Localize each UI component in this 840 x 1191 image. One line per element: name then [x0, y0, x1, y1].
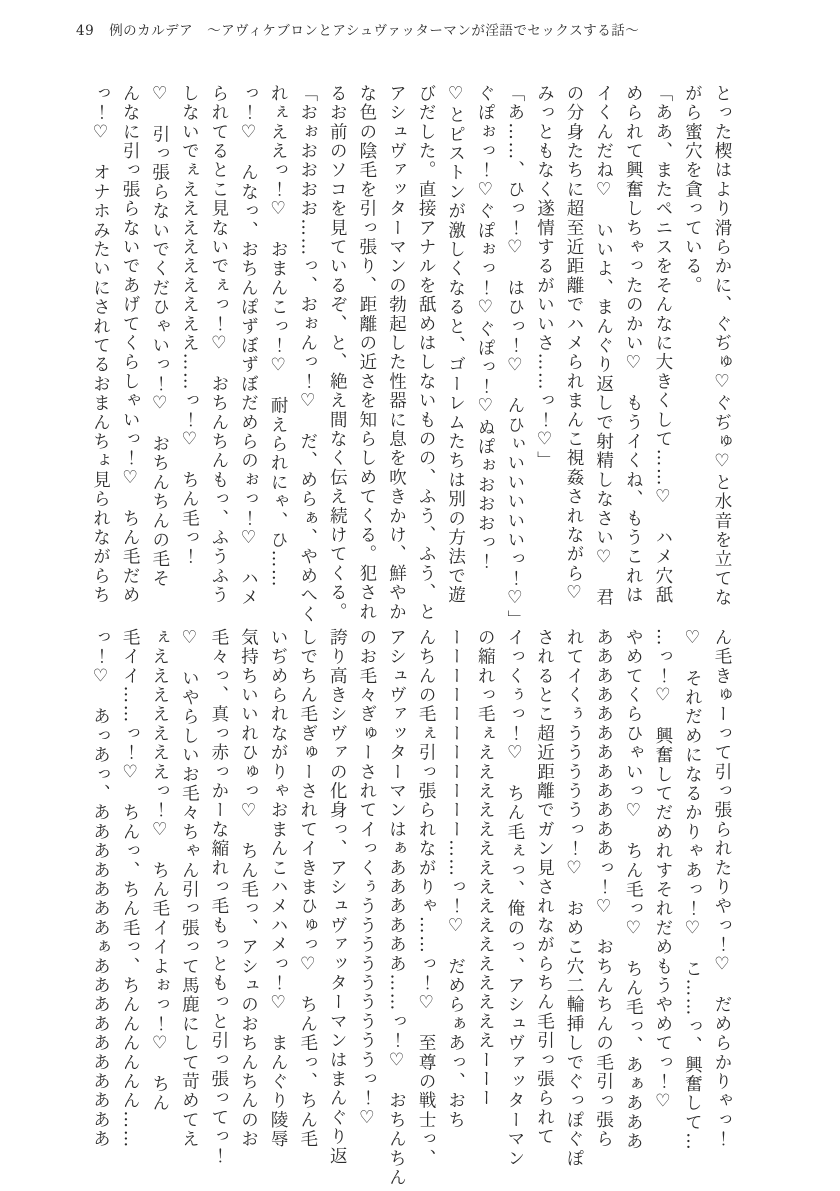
text-column: っ！♡ あっあっ、あああああああぁああああああああああ	[85, 628, 115, 1166]
text-column: の縮れっ毛ぇええええええええええええええええーーー	[470, 628, 500, 1166]
text-column: ♡ それだめになるかりゃあっ！♡ こ……っ、興奮して…	[677, 628, 707, 1166]
text-column: るお前のソコを見ているぞ、と、絶え間なく伝え続けてくる。	[322, 84, 352, 608]
novel-page: 49例のカルデア ～アヴィケブロンとアシュヴァッターマンが淫語でセックスする話～…	[0, 0, 840, 1191]
text-column: れてイくぅうううううっ！♡ おめこ穴二輪挿しでぐっぽぐぽ	[558, 628, 588, 1166]
text-column: っ！♡ んなっ、おちんぽずぼずぼだめらのぉっ！♡ ハメ	[233, 84, 263, 608]
text-column: っ！♡ オナホみたいにされてるおまんちょ見られながらち	[85, 84, 115, 608]
text-column: しでちん毛ぎゅーされてイきまひゅっ♡ ちん毛っ、ちん毛	[292, 628, 322, 1166]
upper-text-block: とった楔はより滑らかに、ぐぢゅ♡ぐぢゅ♡と水音を立てながら蜜穴を貪っている。「あ…	[84, 84, 736, 608]
text-column: されるとこ超近距離でガン見されながらちん毛引っ張られて	[529, 628, 559, 1166]
text-column: 「おぉおおおお……っ、おぉんっ！♡ だ、めらぁ、やめへく	[292, 84, 322, 608]
text-column: ぐぽぉっ！♡ぐぽぉっ！♡ぐぽっ！♡ぬぽぉおおおっ！	[470, 84, 500, 608]
text-column: イっくぅっ！♡ ちん毛ぇっ、俺のっ、アシュヴァッターマン	[499, 628, 529, 1166]
text-column: ーーーーーーーーーーー……っ！♡ だめらぁあっ、おち	[440, 628, 470, 1166]
text-column: いぢめられながりゃおまんこハメハメっ！♡ まんぐり陵辱	[263, 628, 293, 1166]
text-column: められて興奮しちゃったのかい♡ もうイくね、もうこれは	[618, 84, 648, 608]
text-column: 毛々っ、真っ赤っかーな縮れっ毛もっともっと引っ張ってっ！	[203, 628, 233, 1166]
text-column: 気持ちいいれひゅっ♡ ちん毛っ、アシュのおちんちんのお	[233, 628, 263, 1166]
page-title: 例のカルデア ～アヴィケブロンとアシュヴァッターマンが淫語でセックスする話～	[109, 23, 639, 39]
text-column: しないでぇえええええええええ……っ！♡ ちん毛っ！	[174, 84, 204, 608]
text-column: な色の陰毛を引っ張り、距離の近さを知らしめてくる。犯され	[351, 84, 381, 608]
text-column: …っ！♡ 興奮してだめれすそれだめもうやめてっ！♡	[647, 628, 677, 1166]
text-column: やめてくらひゃいっ♡ ちん毛っ♡ ちん毛っ、あぁあああ	[618, 628, 648, 1166]
text-column: 毛イイ……っ！♡ ちんっ、ちん毛っ、ちんんんんんん……	[115, 628, 145, 1166]
text-column: がら蜜穴を貪っている。	[677, 84, 707, 608]
text-column: のお毛々ぎゅーされてイっくぅうううううううううっ！♡	[351, 628, 381, 1166]
text-column: ♡ いやらしいお毛々ちゃん引っ張って馬鹿にして苛めてえ	[174, 628, 204, 1166]
text-column: イくんだね♡ いいよ、まんぐり返しで射精しなさい♡ 君	[588, 84, 618, 608]
text-column: んなに引っ張らないであげてくらしゃいっ！♡ ちん毛だめ	[115, 84, 145, 608]
lower-text-block: ん毛きゅーって引っ張られたりやっ！♡ だめらかりゃっ！♡ それだめになるかりゃあ…	[84, 628, 736, 1166]
text-column: ああああああああああああっ！♡ おちんちんの毛引っ張ら	[588, 628, 618, 1166]
text-column: 「ああ、またペニスをそんなに大きくして……♡ ハメ穴舐	[647, 84, 677, 608]
text-column: ぇえええええええっ！♡ ちん毛イイよぉっ！♡ ちん	[144, 628, 174, 1166]
text-column: アシュヴァッターマンはぁああああああ……っ！♡ おちんちん	[381, 628, 411, 1166]
text-column: んちんの毛ぇ引っ張られながりゃ……っ！♡ 至尊の戦士っ、	[410, 628, 440, 1166]
text-column: られてるとこ見ないでぇっ！♡ おちんちんもっ、ふうふう	[203, 84, 233, 608]
page-header: 49例のカルデア ～アヴィケブロンとアシュヴァッターマンが淫語でセックスする話～	[76, 19, 639, 39]
text-column: れぇええっ！♡ おまんこっ！♡ 耐えられにゃ、ひ……	[263, 84, 293, 608]
page-number: 49	[76, 23, 94, 39]
text-column: 誇り高きシヴァの化身っ、アシュヴァッターマンはまんぐり返	[322, 628, 352, 1166]
text-column: びだした。直接アナルを舐めはしないものの、ふう、ふう、と	[410, 84, 440, 608]
text-column: とった楔はより滑らかに、ぐぢゅ♡ぐぢゅ♡と水音を立てな	[706, 84, 736, 608]
text-column: ♡ 引っ張らないでくだひゃいっ！♡ おちんちんの毛そ	[144, 84, 174, 608]
text-column: 「あ……、ひっ！♡ はひっ！♡ んひぃいいいいいっ！♡」	[499, 84, 529, 608]
text-column: アシュヴァッターマンの勃起した性器に息を吹きかけ、鮮やか	[381, 84, 411, 608]
text-column: ♡とピストンが激しくなると、ゴーレムたちは別の方法で遊	[440, 84, 470, 608]
text-column: の分身たちに超至近距離でハメられまんこ視姦されながら♡	[558, 84, 588, 608]
text-column: ん毛きゅーって引っ張られたりやっ！♡ だめらかりゃっ！	[706, 628, 736, 1166]
text-column: みっともなく遂情するがいいさ……っ！♡」	[529, 84, 559, 608]
